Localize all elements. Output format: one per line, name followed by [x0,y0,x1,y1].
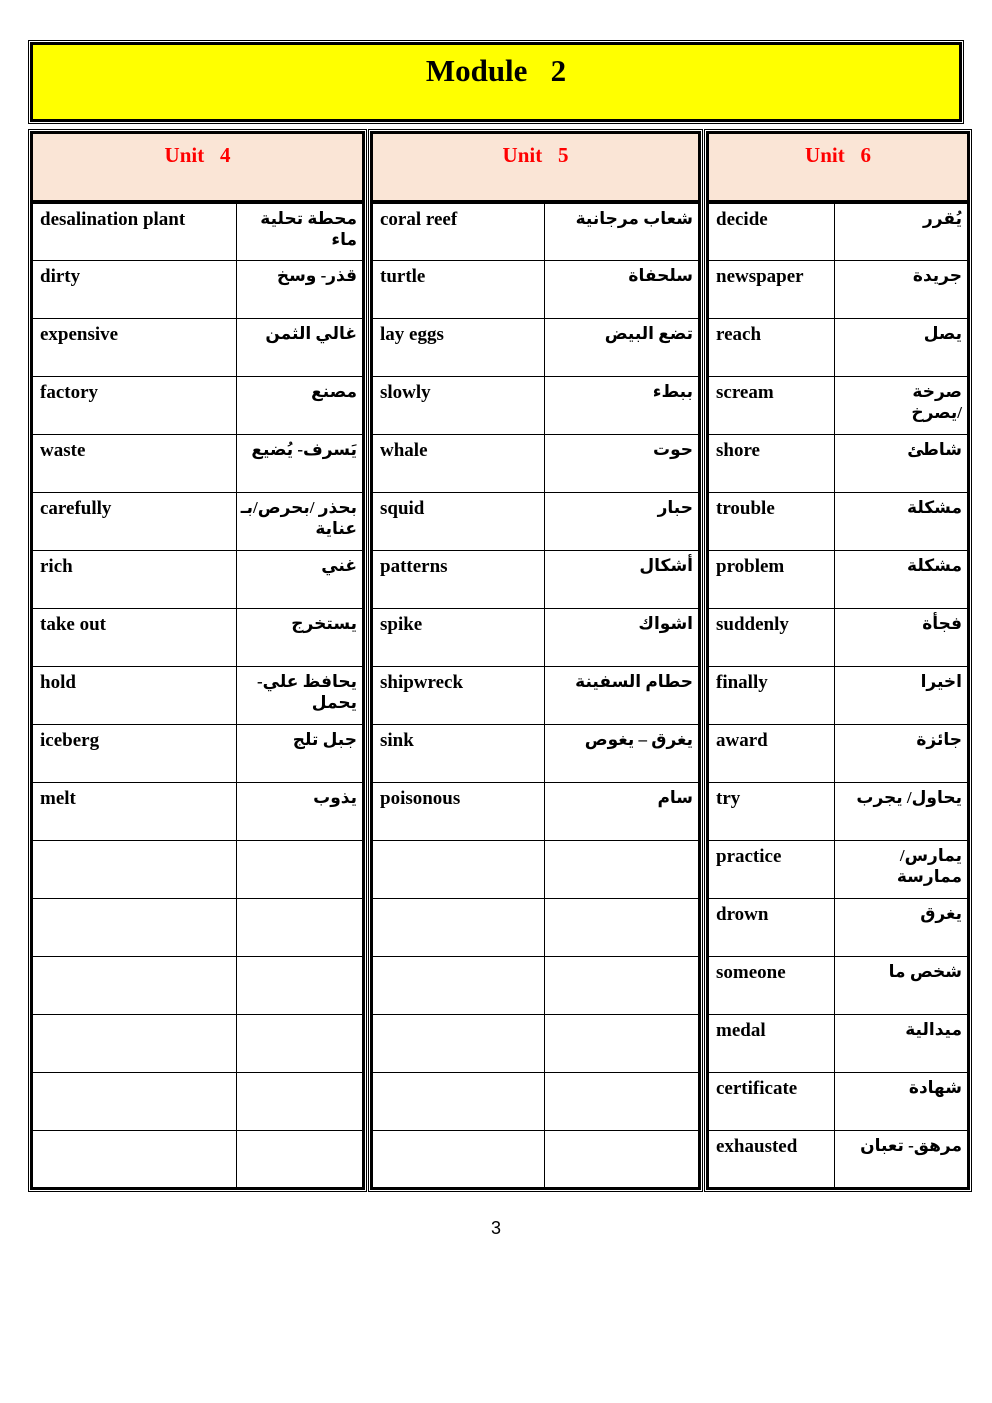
english-word [372,840,545,898]
table-row: lay eggsتضع البيض [372,318,700,376]
arabic-translation: غني [237,550,364,608]
arabic-translation: يحاول/ يجرب [835,782,969,840]
arabic-translation: حبار [545,492,700,550]
table-row: practiceيمارس/ ممارسة [708,840,969,898]
unit-6-table: Unit 6 decideيُقررnewspaperجريدةreachيصل… [706,131,970,1190]
table-row: spikeاشواك [372,608,700,666]
arabic-translation [545,956,700,1014]
arabic-translation: شهادة [835,1072,969,1130]
arabic-translation [545,1072,700,1130]
english-word: dirty [32,260,237,318]
table-row: awardجائزة [708,724,969,782]
table-row: take outيستخرج [32,608,364,666]
arabic-translation: صرخة /يصرخ [835,376,969,434]
arabic-translation: حوت [545,434,700,492]
page-number: 3 [0,1218,992,1239]
unit-header-row: Unit 6 [708,133,969,203]
english-word: coral reef [372,202,545,260]
arabic-translation: مشكلة [835,550,969,608]
table-row: factoryمصنع [32,376,364,434]
english-word: carefully [32,492,237,550]
english-word: poisonous [372,782,545,840]
arabic-translation: يغرق [835,898,969,956]
english-word: someone [708,956,835,1014]
english-word: reach [708,318,835,376]
arabic-translation: شاطئ [835,434,969,492]
arabic-translation: يحافظ علي-يحمل [237,666,364,724]
arabic-translation: غالي الثمن [237,318,364,376]
arabic-translation: قذر- وسخ [237,260,364,318]
english-word [32,898,237,956]
table-row: richغني [32,550,364,608]
english-word: award [708,724,835,782]
english-word: lay eggs [372,318,545,376]
english-word: waste [32,434,237,492]
english-word: take out [32,608,237,666]
english-word: finally [708,666,835,724]
table-row: problemمشكلة [708,550,969,608]
table-row [32,898,364,956]
arabic-translation [237,898,364,956]
english-word [32,956,237,1014]
arabic-translation: يمارس/ ممارسة [835,840,969,898]
table-row: turtleسلحفاة [372,260,700,318]
english-word: melt [32,782,237,840]
unit-header-row: Unit 5 [372,133,700,203]
arabic-translation: سام [545,782,700,840]
table-row [32,840,364,898]
table-row: screamصرخة /يصرخ [708,376,969,434]
arabic-translation [237,1072,364,1130]
unit-4-table: Unit 4 desalination plantمحطة تحلية ماءd… [30,131,365,1190]
table-row: drownيغرق [708,898,969,956]
unit-4-title: Unit 4 [32,133,364,203]
arabic-translation: ميدالية [835,1014,969,1072]
english-word: rich [32,550,237,608]
arabic-translation: حطام السفينة [545,666,700,724]
english-word [32,1130,237,1188]
table-row: squidحبار [372,492,700,550]
english-word: medal [708,1014,835,1072]
english-word: certificate [708,1072,835,1130]
table-row: sinkيغرق – يغوص [372,724,700,782]
english-word [32,1014,237,1072]
english-word: patterns [372,550,545,608]
arabic-translation [237,956,364,1014]
table-row [32,1014,364,1072]
english-word [372,1130,545,1188]
table-row: coral reefشعاب مرجانية [372,202,700,260]
table-row: holdيحافظ علي-يحمل [32,666,364,724]
arabic-translation: بحذر /بحرص/بـ عناية [237,492,364,550]
arabic-translation [545,1130,700,1188]
table-row: meltيذوب [32,782,364,840]
english-word: hold [32,666,237,724]
arabic-translation [545,1014,700,1072]
table-row: dirtyقذر- وسخ [32,260,364,318]
english-word: expensive [32,318,237,376]
english-word: turtle [372,260,545,318]
module-title: Module 2 [30,42,962,122]
units-tables-row: Unit 4 desalination plantمحطة تحلية ماءd… [30,131,962,1190]
unit-6-title: Unit 6 [708,133,969,203]
english-word: shore [708,434,835,492]
english-word: try [708,782,835,840]
arabic-translation [237,1130,364,1188]
english-word: drown [708,898,835,956]
table-row: certificateشهادة [708,1072,969,1130]
arabic-translation: يغرق – يغوص [545,724,700,782]
table-row: shoreشاطئ [708,434,969,492]
arabic-translation [237,840,364,898]
table-row: wasteيَسرف- يُضيع [32,434,364,492]
arabic-translation [545,840,700,898]
arabic-translation [545,898,700,956]
table-row: carefullyبحذر /بحرص/بـ عناية [32,492,364,550]
unit-4-body: desalination plantمحطة تحلية ماءdirtyقذر… [32,202,364,1188]
table-row: shipwreckحطام السفينة [372,666,700,724]
document-page: Module 2 Unit 4 desalination plantمحطة ت… [30,42,962,1190]
table-row: tryيحاول/ يجرب [708,782,969,840]
english-word: practice [708,840,835,898]
table-row: medalميدالية [708,1014,969,1072]
table-row: exhaustedمرهق- تعبان [708,1130,969,1188]
english-word: whale [372,434,545,492]
table-row: newspaperجريدة [708,260,969,318]
table-row: patternsأشكال [372,550,700,608]
table-row: reachيصل [708,318,969,376]
unit-5-body: coral reefشعاب مرجانيةturtleسلحفاةlay eg… [372,202,700,1188]
table-row [372,1130,700,1188]
arabic-translation: اشواك [545,608,700,666]
english-word: newspaper [708,260,835,318]
english-word: factory [32,376,237,434]
table-row: suddenlyفجأة [708,608,969,666]
unit-6-body: decideيُقررnewspaperجريدةreachيصلscreamص… [708,202,969,1188]
english-word [32,1072,237,1130]
table-row [372,1014,700,1072]
table-row: whaleحوت [372,434,700,492]
arabic-translation: جريدة [835,260,969,318]
arabic-translation: يذوب [237,782,364,840]
table-row: icebergجبل تلج [32,724,364,782]
english-word: exhausted [708,1130,835,1188]
table-row [372,840,700,898]
table-row: desalination plantمحطة تحلية ماء [32,202,364,260]
unit-5-table: Unit 5 coral reefشعاب مرجانيةturtleسلحفا… [370,131,701,1190]
table-row: troubleمشكلة [708,492,969,550]
arabic-translation: مرهق- تعبان [835,1130,969,1188]
english-word: suddenly [708,608,835,666]
english-word [32,840,237,898]
english-word: spike [372,608,545,666]
arabic-translation: يُقرر [835,202,969,260]
arabic-translation: يستخرج [237,608,364,666]
table-row [372,898,700,956]
english-word: slowly [372,376,545,434]
arabic-translation: فجأة [835,608,969,666]
arabic-translation [237,1014,364,1072]
table-row: decideيُقرر [708,202,969,260]
english-word: iceberg [32,724,237,782]
arabic-translation: جائزة [835,724,969,782]
unit-5-title: Unit 5 [372,133,700,203]
english-word: sink [372,724,545,782]
english-word: decide [708,202,835,260]
table-row [32,1130,364,1188]
arabic-translation: سلحفاة [545,260,700,318]
table-row [32,956,364,1014]
table-row [372,1072,700,1130]
arabic-translation: تضع البيض [545,318,700,376]
unit-header-row: Unit 4 [32,133,364,203]
arabic-translation: جبل تلج [237,724,364,782]
arabic-translation: مشكلة [835,492,969,550]
english-word: desalination plant [32,202,237,260]
english-word: problem [708,550,835,608]
table-row: slowlyببطء [372,376,700,434]
table-row: expensiveغالي الثمن [32,318,364,376]
english-word [372,1072,545,1130]
english-word: trouble [708,492,835,550]
arabic-translation: يَسرف- يُضيع [237,434,364,492]
table-row: poisonousسام [372,782,700,840]
english-word [372,898,545,956]
english-word: shipwreck [372,666,545,724]
arabic-translation: أشكال [545,550,700,608]
table-row: finallyاخيرا [708,666,969,724]
english-word [372,956,545,1014]
arabic-translation: محطة تحلية ماء [237,202,364,260]
table-row [372,956,700,1014]
arabic-translation: ببطء [545,376,700,434]
english-word: squid [372,492,545,550]
table-row [32,1072,364,1130]
english-word [372,1014,545,1072]
arabic-translation: شعاب مرجانية [545,202,700,260]
table-row: someoneشخص ما [708,956,969,1014]
arabic-translation: مصنع [237,376,364,434]
english-word: scream [708,376,835,434]
arabic-translation: شخص ما [835,956,969,1014]
arabic-translation: اخيرا [835,666,969,724]
arabic-translation: يصل [835,318,969,376]
